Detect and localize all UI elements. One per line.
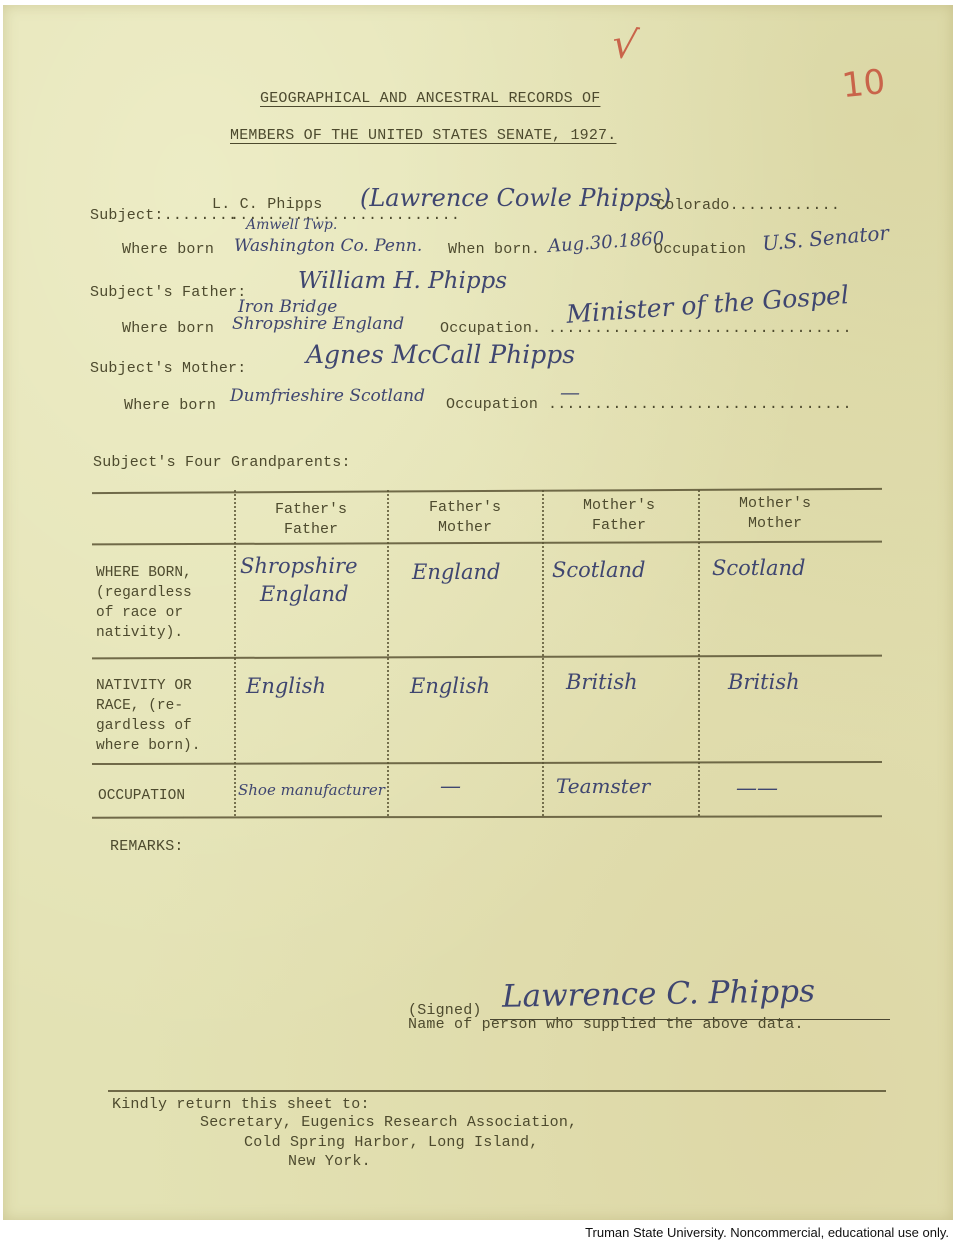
address-line-1: Secretary, Eugenics Research Association… (200, 1114, 577, 1131)
subject-where-born-label: Where born (122, 241, 214, 258)
subject-state: Colorado............ (656, 197, 840, 214)
col-header-mothers-father: Mother's Father (544, 496, 694, 536)
row-label-occupation: OCCUPATION (98, 786, 185, 806)
father-name: William H. Phipps (298, 268, 507, 294)
row-label-nativity: NATIVITY OR RACE, (re- gardless of where… (96, 676, 200, 756)
subject-occupation-label: Occupation (654, 241, 746, 258)
cell-occupation-fathers-father: Shoe manufacturer (238, 776, 385, 804)
mother-where-born-label: Where born (124, 397, 216, 414)
cell-nativity-fathers-mother: English (410, 672, 490, 700)
address-line-3: New York. (288, 1153, 371, 1170)
cell-where-born-mothers-father: Scotland (552, 556, 645, 584)
dotted-leader: ................................. (548, 396, 852, 413)
grandparents-label: Subject's Four Grandparents: (93, 454, 351, 471)
father-where-born-label: Where born (122, 320, 214, 337)
subject-where-born-note: Amwell Twp. (246, 217, 337, 233)
table-col-divider (698, 490, 700, 816)
father-occupation-label: Occupation. (440, 320, 541, 337)
page-number-annotation: 10 (840, 62, 887, 106)
copyright-watermark: Truman State University. Noncommercial, … (585, 1225, 949, 1240)
document-title-line2: MEMBERS OF THE UNITED STATES SENATE, 192… (230, 127, 616, 144)
mother-name: Agnes McCall Phipps (306, 340, 575, 369)
subject-where-born-value: Washington Co. Penn. (234, 236, 422, 256)
cell-occupation-mothers-father: Teamster (556, 772, 650, 800)
table-col-divider (387, 490, 389, 816)
cell-where-born-mothers-mother: Scotland (712, 554, 805, 582)
cell-occupation-fathers-mother: — (440, 772, 461, 800)
cell-where-born-fathers-mother: England (412, 558, 501, 586)
cell-nativity-fathers-father: English (246, 672, 326, 700)
mother-occupation-value: — (560, 380, 580, 404)
cell-where-born-fathers-father: Shropshire England (240, 552, 358, 608)
remarks-label: REMARKS: (110, 838, 184, 855)
cell-nativity-mothers-father: British (566, 668, 638, 696)
col-header-fathers-father: Father's Father (236, 500, 386, 540)
document-title-line1: GEOGRAPHICAL AND ANCESTRAL RECORDS OF (260, 90, 600, 107)
cell-nativity-mothers-mother: British (728, 668, 800, 696)
return-instructions: Kindly return this sheet to: (112, 1096, 370, 1113)
father-where-born-value: Shropshire England (232, 314, 404, 334)
father-label: Subject's Father: (90, 284, 246, 301)
mother-where-born-value: Dumfrieshire Scotland (230, 386, 425, 406)
address-line-2: Cold Spring Harbor, Long Island, (244, 1134, 538, 1151)
signature-caption: Name of person who supplied the above da… (408, 1016, 804, 1033)
footer-rule (108, 1090, 886, 1092)
mother-label: Subject's Mother: (90, 360, 246, 377)
subject-when-born-label: When born. (448, 241, 540, 258)
col-header-mothers-mother: Mother's Mother (700, 494, 850, 534)
mother-occupation-label: Occupation (446, 396, 538, 413)
row-label-where-born: WHERE BORN, (regardless of race or nativ… (96, 563, 192, 643)
signature: Lawrence C. Phipps (502, 973, 816, 1014)
col-header-fathers-mother: Father's Mother (389, 498, 541, 538)
table-col-divider (542, 490, 544, 816)
cell-occupation-mothers-mother: —— (736, 774, 778, 802)
